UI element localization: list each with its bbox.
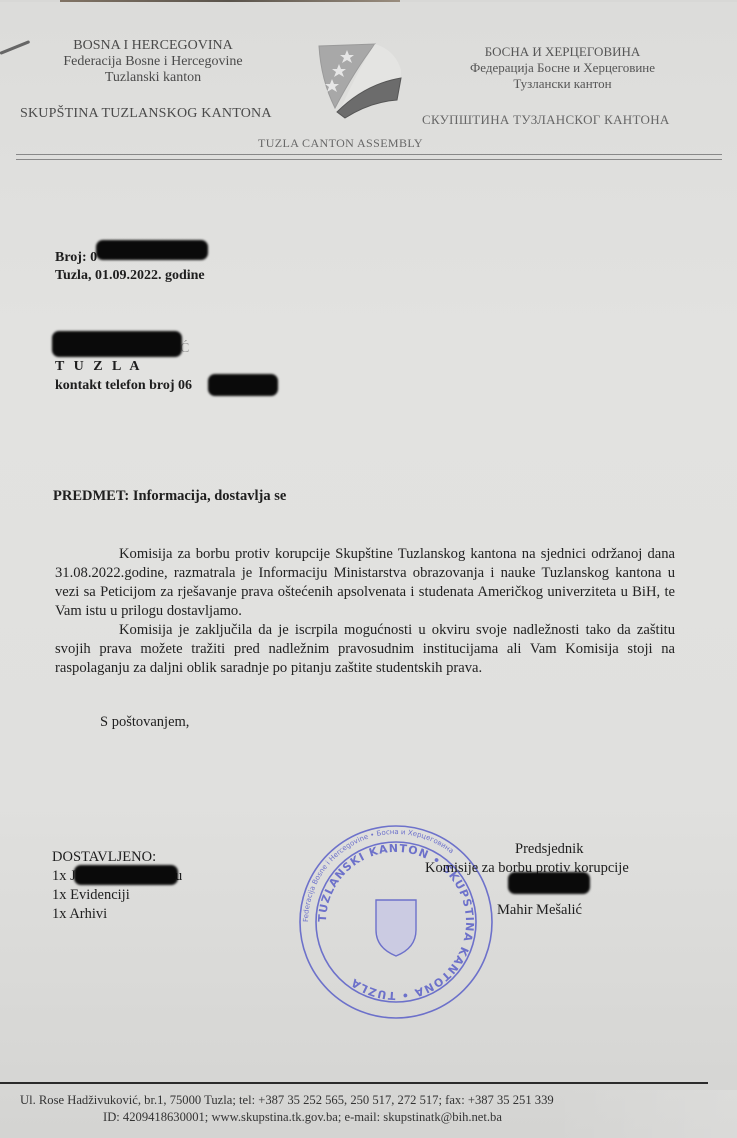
letterhead-left: BOSNA I HERCEGOVINA Federacija Bosne i H… bbox=[38, 38, 268, 86]
footer-divider bbox=[0, 1082, 708, 1084]
canton-latin: Tuzlanski kanton bbox=[38, 70, 268, 86]
canton-cyrillic: Тузлански кантон bbox=[430, 76, 695, 92]
redaction bbox=[508, 872, 590, 894]
footer-contact: ID: 4209418630001; www.skupstina.tk.gov.… bbox=[103, 1109, 502, 1126]
letterhead-right: БОСНА И ХЕРЦЕГОВИНА Федерација Босне и Х… bbox=[430, 44, 695, 92]
official-stamp-icon: Federacija Bosne i Hercegovine • Босна и… bbox=[296, 822, 496, 1022]
distribution-item: 1x Arhivi bbox=[52, 905, 107, 923]
place-date: Tuzla, 01.09.2022. godine bbox=[55, 267, 205, 285]
footer-address: Ul. Rose Hadživuković, br.1, 75000 Tuzla… bbox=[20, 1092, 554, 1109]
redaction bbox=[96, 240, 208, 260]
reference-number: Broj: 0 bbox=[55, 249, 97, 267]
redaction bbox=[52, 331, 182, 357]
subject-line: PREDMET: Informacija, dostavlja se bbox=[53, 487, 286, 505]
signatory-title: Predsjednik bbox=[515, 840, 583, 858]
distribution-item: 1x J bbox=[52, 867, 76, 885]
header-divider bbox=[16, 154, 722, 155]
redaction bbox=[208, 374, 278, 396]
closing: S poštovanjem, bbox=[100, 713, 189, 731]
distribution-item: 1x Evidenciji bbox=[52, 886, 130, 904]
signatory-name: Mahir Mešalić bbox=[497, 901, 582, 919]
body-paragraph: Komisija za borbu protiv korupcije Skupš… bbox=[55, 545, 675, 621]
country-latin: BOSNA I HERCEGOVINA bbox=[38, 38, 268, 54]
coat-of-arms-icon bbox=[315, 40, 405, 120]
country-cyrillic: БОСНА И ХЕРЦЕГОВИНА bbox=[430, 44, 695, 60]
assembly-english: TUZLA CANTON ASSEMBLY bbox=[258, 136, 423, 151]
letter-body: Komisija za borbu protiv korupcije Skupš… bbox=[55, 545, 675, 678]
body-paragraph: Komisija je zaključila da je iscrpila mo… bbox=[55, 621, 675, 678]
recipient-phone: kontakt telefon broj 06 bbox=[55, 377, 192, 395]
header-divider bbox=[16, 159, 722, 160]
redaction bbox=[74, 865, 178, 885]
assembly-cyrillic: СКУПШТИНА ТУЗЛАНСКОГ КАНТОНА bbox=[422, 112, 670, 128]
federation-latin: Federacija Bosne i Hercegovine bbox=[38, 54, 268, 70]
assembly-latin: SKUPŠTINA TUZLANSKOG KANTONA bbox=[20, 106, 272, 122]
distribution-heading: DOSTAVLJENO: bbox=[52, 848, 156, 866]
paper-fold bbox=[550, 1090, 737, 1138]
recipient-city: T U Z L A bbox=[55, 358, 142, 376]
federation-cyrillic: Федерација Босне и Херцеговине bbox=[430, 60, 695, 76]
